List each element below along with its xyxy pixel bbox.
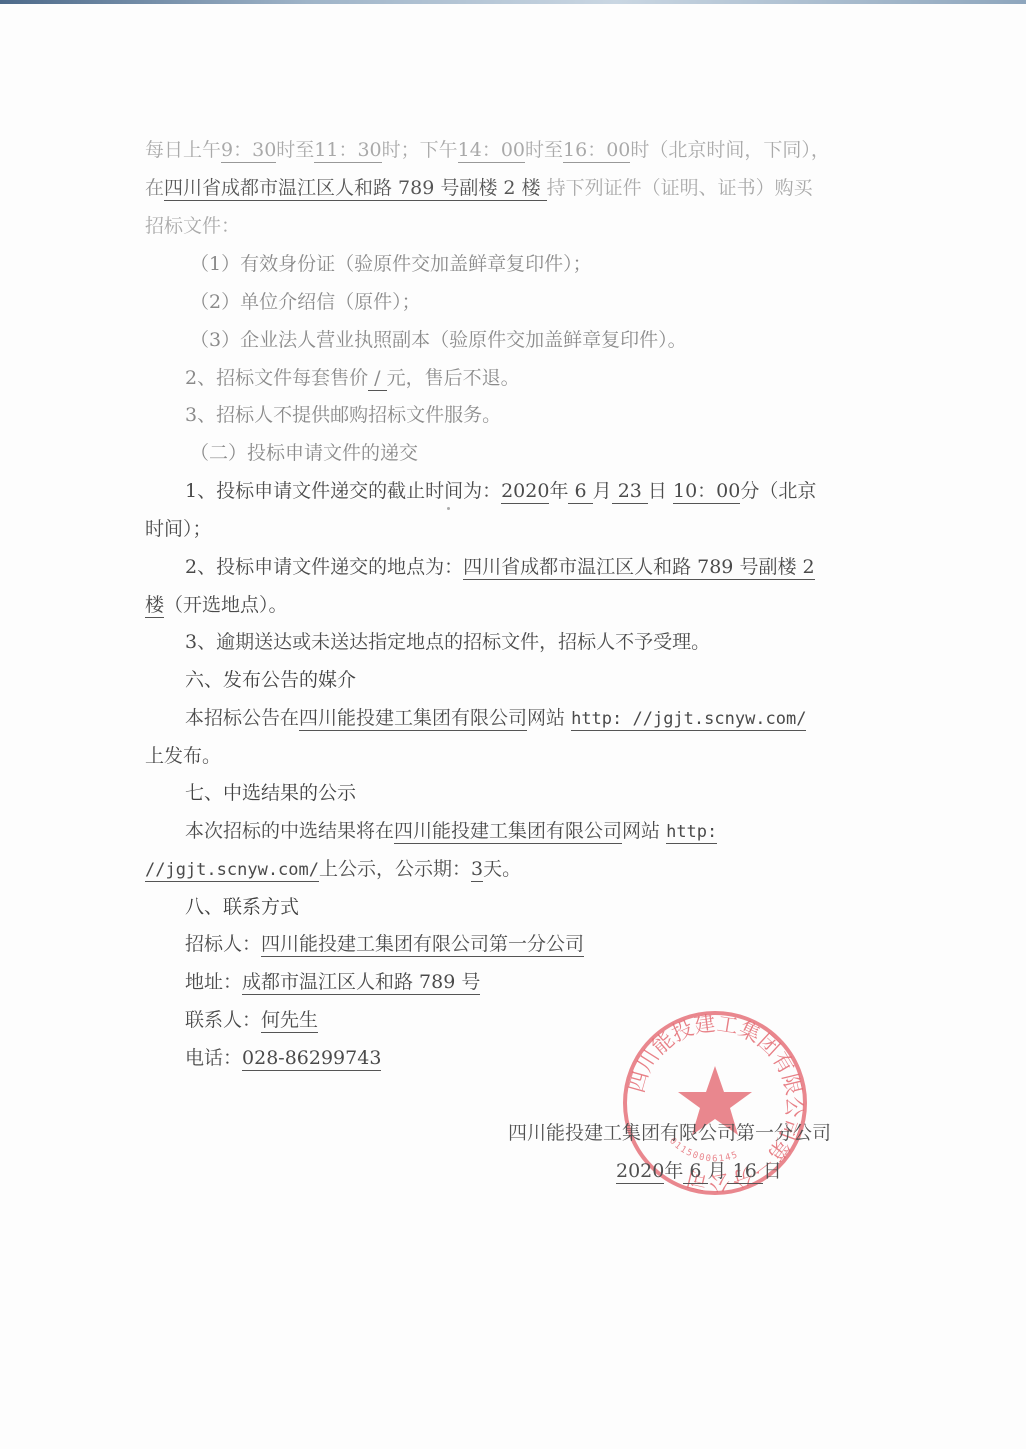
time-value: 11：30 bbox=[314, 139, 381, 163]
address-value: 四川省成都市温江区人和路 789 号副楼 2 楼 bbox=[164, 177, 547, 201]
text: 年 bbox=[549, 480, 568, 502]
deadline-month: 6 bbox=[568, 480, 592, 504]
text-line: 3、逾期送达或未送达指定地点的招标文件，招标人不予受理。 bbox=[185, 630, 710, 654]
text: 时至 bbox=[525, 139, 563, 161]
text: 时至 bbox=[276, 139, 314, 161]
text-line-location: 在四川省成都市温江区人和路 789 号副楼 2 楼 持下列证件（证明、证书）购买 bbox=[145, 176, 813, 200]
text-line-results: 本次招标的中选结果将在四川能投建工集团有限公司网站 http: bbox=[185, 819, 717, 843]
text-line: 招标文件： bbox=[145, 214, 240, 238]
text-line-hours: 每日上午9：30时至11：30时；下午14：00时至16：00时（北京时间，下同… bbox=[145, 138, 830, 162]
time-value: 16：00 bbox=[563, 139, 630, 163]
label: 联系人： bbox=[185, 1009, 261, 1031]
text: 日 bbox=[648, 480, 667, 502]
text: 时（北京时间，下同）， bbox=[630, 139, 830, 161]
text: 网站 bbox=[622, 820, 666, 842]
deadline-year: 2020 bbox=[501, 480, 549, 504]
list-item-license: （3）企业法人营业执照副本（验原件交加盖鲜章复印件）。 bbox=[190, 328, 687, 352]
contact-person: 联系人：何先生 bbox=[185, 1008, 318, 1032]
text: 2、招标文件每套售价 bbox=[185, 367, 368, 389]
scan-top-edge bbox=[0, 0, 1026, 4]
address-value: 四川省成都市温江区人和路 789 号副楼 2 bbox=[463, 556, 814, 580]
text: 时；下午 bbox=[382, 139, 458, 161]
publicity-days: 3 bbox=[471, 858, 483, 882]
signature-date: 2020年 6 月 16 日 bbox=[616, 1156, 782, 1183]
website-link[interactable]: http: //jgjt.scnyw.com/ bbox=[571, 709, 806, 731]
text: 月 bbox=[708, 1160, 727, 1182]
scan-speck bbox=[447, 507, 450, 510]
date-year: 2020 bbox=[616, 1160, 664, 1184]
time-value: 9：30 bbox=[221, 139, 276, 163]
text: 每日上午 bbox=[145, 139, 221, 161]
list-item-letter: （2）单位介绍信（原件）； bbox=[190, 290, 421, 314]
text: 元，售后不退。 bbox=[387, 367, 520, 389]
text: 在 bbox=[145, 177, 164, 199]
text: 1、投标申请文件递交的截止时间为： bbox=[185, 480, 501, 502]
section-heading-submission: （二）投标申请文件的递交 bbox=[190, 441, 418, 465]
text-line: 3、招标人不提供邮购招标文件服务。 bbox=[185, 403, 501, 427]
text-line: 时间）； bbox=[145, 517, 212, 541]
text: 分（北京 bbox=[740, 480, 816, 502]
text: 2、投标申请文件递交的地点为： bbox=[185, 556, 463, 578]
text-line-price: 2、招标文件每套售价 / 元，售后不退。 bbox=[185, 366, 520, 390]
text-line-place: 2、投标申请文件递交的地点为：四川省成都市温江区人和路 789 号副楼 2 bbox=[185, 555, 815, 579]
section-heading-contact: 八、联系方式 bbox=[185, 895, 299, 919]
contact-phone: 电话：028-86299743 bbox=[185, 1046, 381, 1070]
text: 本次招标的中选结果将在 bbox=[185, 820, 394, 842]
signature-org: 四川能投建工集团有限公司第一分公司 bbox=[508, 1118, 831, 1145]
contact-person-value: 何先生 bbox=[261, 1009, 318, 1033]
text: 持下列证件（证明、证书）购买 bbox=[547, 177, 813, 199]
deadline-time: 10：00 bbox=[673, 480, 740, 504]
phone-value: 028-86299743 bbox=[242, 1047, 381, 1071]
deadline-day: 23 bbox=[612, 480, 648, 504]
text: 天。 bbox=[483, 858, 521, 880]
list-item-id-card: （1）有效身份证（验原件交加盖鲜章复印件）； bbox=[190, 252, 592, 276]
text-line: //jgjt.scnyw.com/上公示，公示期：3天。 bbox=[145, 857, 521, 881]
text: 年 bbox=[664, 1160, 683, 1182]
text: 月 bbox=[593, 480, 612, 502]
text-line: 上发布。 bbox=[145, 744, 221, 768]
contact-tenderer: 招标人：四川能投建工集团有限公司第一分公司 bbox=[185, 932, 584, 956]
website-link[interactable]: http: bbox=[666, 822, 717, 844]
section-heading-media: 六、发布公告的媒介 bbox=[185, 668, 356, 692]
label: 电话： bbox=[185, 1047, 242, 1069]
text-line-deadline: 1、投标申请文件递交的截止时间为：2020年 6 月 23 日 10：00分（北… bbox=[185, 479, 816, 503]
company-name: 四川能投建工集团有限公司 bbox=[299, 707, 527, 731]
address-value: 楼 bbox=[145, 594, 164, 618]
text: 上公示，公示期： bbox=[319, 858, 471, 880]
price-value: / bbox=[368, 367, 386, 391]
text: （开选地点）。 bbox=[164, 594, 288, 616]
address-value: 成都市温江区人和路 789 号 bbox=[242, 971, 480, 995]
text: 本招标公告在 bbox=[185, 707, 299, 729]
text: 网站 bbox=[527, 707, 571, 729]
contact-address: 地址：成都市温江区人和路 789 号 bbox=[185, 970, 480, 994]
label: 地址： bbox=[185, 971, 242, 993]
tenderer-value: 四川能投建工集团有限公司第一分公司 bbox=[261, 933, 584, 957]
time-value: 14：00 bbox=[458, 139, 525, 163]
website-link[interactable]: //jgjt.scnyw.com/ bbox=[145, 860, 319, 882]
text: 日 bbox=[763, 1160, 782, 1182]
text-line: 楼（开选地点）。 bbox=[145, 593, 288, 617]
text-line-media: 本招标公告在四川能投建工集团有限公司网站 http: //jgjt.scnyw.… bbox=[185, 706, 806, 730]
date-month: 6 bbox=[683, 1160, 707, 1184]
company-name: 四川能投建工集团有限公司 bbox=[394, 820, 622, 844]
label: 招标人： bbox=[185, 933, 261, 955]
section-heading-results: 七、中选结果的公示 bbox=[185, 781, 356, 805]
date-day: 16 bbox=[727, 1160, 763, 1184]
